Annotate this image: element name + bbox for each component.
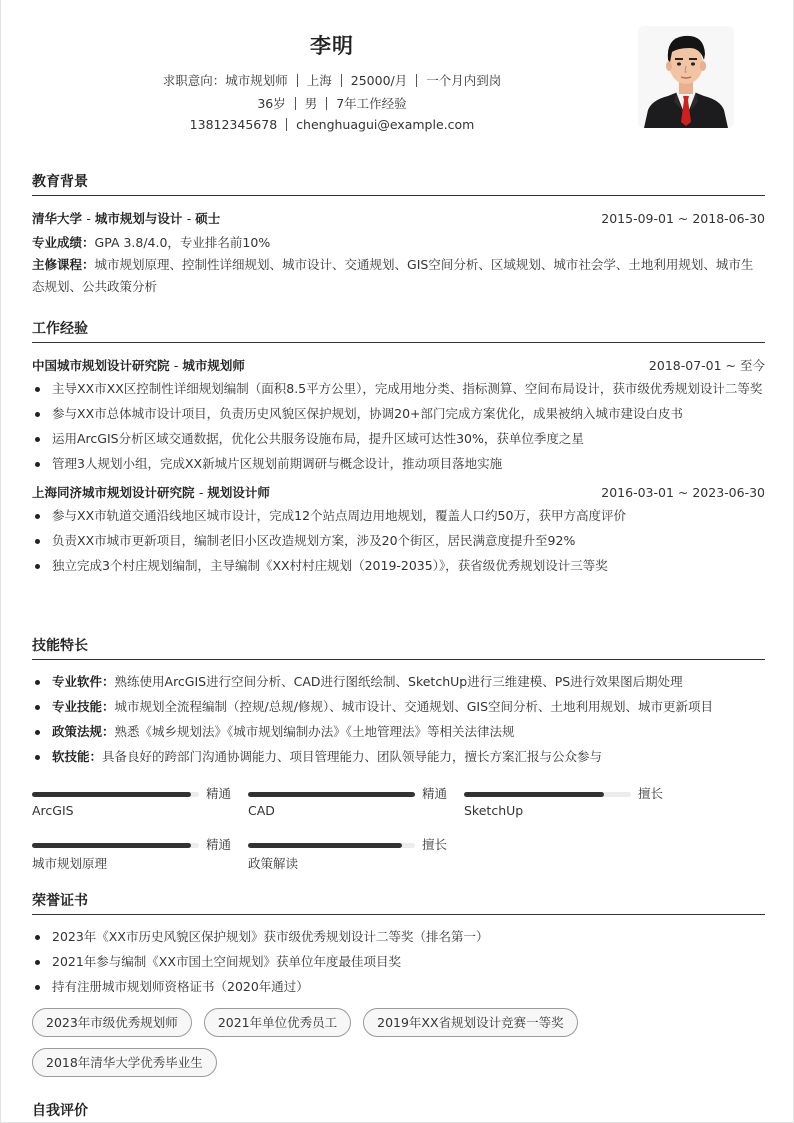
experience-years: 7年工作经验 xyxy=(336,94,406,112)
degree: 硕士 xyxy=(195,211,220,226)
skill-name: SketchUp xyxy=(464,803,523,818)
honor-tag: 2018年清华大学优秀毕业生 xyxy=(32,1048,217,1077)
skill-bar-planning-principles: 精通 城市规划原理 xyxy=(32,837,232,881)
company-name: 中国城市规划设计研究院 xyxy=(32,358,170,373)
section-title-self-eval: 自我评价 xyxy=(32,1101,765,1123)
job-title: 中国城市规划设计研究院 - 城市规划师 xyxy=(32,356,245,374)
phone: 13812345678 xyxy=(190,117,277,132)
section-title-honors: 荣誉证书 xyxy=(32,891,765,915)
grades-value: GPA 3.8/4.0，专业排名前10% xyxy=(95,235,271,250)
job-header: 上海同济城市规划设计研究院 - 规划设计师 2016-03-01 ~ 2023-… xyxy=(32,482,765,502)
company-name: 上海同济城市规划设计研究院 xyxy=(32,485,195,500)
skill-fill xyxy=(32,792,191,797)
email: chenghuagui@example.com xyxy=(296,117,474,132)
avatar xyxy=(638,26,734,128)
list-item: 负责XX市城市更新项目，编制老旧小区改造规划方案，涉及20个街区，居民满意度提升… xyxy=(32,530,765,552)
personal-info-line: 36岁 男 7年工作经验 xyxy=(1,94,663,112)
separator: - xyxy=(86,211,94,226)
skill-text: 具备良好的跨部门沟通协调能力、项目管理能力、团队领导能力，擅长方案汇报与公众参与 xyxy=(102,749,602,764)
resume-header: 李明 求职意向：城市规划师 上海 25000/月 一个月内到岗 36岁 男 7年… xyxy=(1,0,794,150)
job-bullets: 参与XX市轨道交通沿线地区城市设计，完成12个站点周边用地规划，覆盖人口约50万… xyxy=(32,505,765,577)
skill-level: 擅长 xyxy=(638,784,663,802)
list-item: 主导XX市XX区控制性详细规划编制（面积8.5平方公里），完成用地分类、指标测算… xyxy=(32,378,765,400)
divider xyxy=(297,74,298,87)
separator: - xyxy=(187,211,195,226)
list-item: 2023年《XX市历史风貌区保护规划》获市级优秀规划设计二等奖（排名第一） xyxy=(32,926,765,948)
list-item: 政策法规：熟悉《城乡规划法》《城市规划编制办法》《土地管理法》等相关法律法规 xyxy=(32,721,765,743)
job-bullets: 主导XX市XX区控制性详细规划编制（面积8.5平方公里），完成用地分类、指标测算… xyxy=(32,378,765,475)
skill-bar-arcgis: 精通 ArcGIS xyxy=(32,786,232,830)
salary: 25000/月 xyxy=(351,71,407,89)
skills-section: 技能特长 专业软件：熟练使用ArcGIS进行空间分析、CAD进行图纸绘制、Ske… xyxy=(32,636,765,771)
skill-track xyxy=(248,792,415,797)
skill-label: 专业软件： xyxy=(52,674,115,689)
role-name: 城市规划师 xyxy=(182,358,245,373)
job-title: 上海同济城市规划设计研究院 - 规划设计师 xyxy=(32,483,270,501)
work-section: 工作经验 中国城市规划设计研究院 - 城市规划师 2018-07-01 ~ 至今… xyxy=(32,319,765,580)
job-header: 中国城市规划设计研究院 - 城市规划师 2018-07-01 ~ 至今 xyxy=(32,355,765,375)
education-courses: 主修课程：城市规划原理、控制性详细规划、城市设计、交通规划、GIS空间分析、区域… xyxy=(32,254,765,298)
divider xyxy=(295,97,296,110)
list-item: 专业软件：熟练使用ArcGIS进行空间分析、CAD进行图纸绘制、SketchUp… xyxy=(32,671,765,693)
availability: 一个月内到岗 xyxy=(426,71,501,89)
resume-page: 李明 求职意向：城市规划师 上海 25000/月 一个月内到岗 36岁 男 7年… xyxy=(0,0,794,1123)
section-title-skills: 技能特长 xyxy=(32,636,765,660)
skill-track xyxy=(32,792,199,797)
skill-label: 软技能： xyxy=(52,749,102,764)
job-date: 2016-03-01 ~ 2023-06-30 xyxy=(601,485,765,500)
skill-label: 专业技能： xyxy=(52,699,115,714)
skill-name: 政策解读 xyxy=(248,854,298,872)
honors-bullets: 2023年《XX市历史风貌区保护规划》获市级优秀规划设计二等奖（排名第一） 20… xyxy=(32,926,765,998)
skill-fill xyxy=(248,843,402,848)
list-item: 参与XX市总体城市设计项目，负责历史风貌区保护规划，协调20+部门完成方案优化，… xyxy=(32,403,765,425)
skill-fill xyxy=(32,843,191,848)
list-item: 管理3人规划小组，完成XX新城片区规划前期调研与概念设计，推动项目落地实施 xyxy=(32,453,765,475)
section-title-work: 工作经验 xyxy=(32,319,765,343)
skill-name: 城市规划原理 xyxy=(32,854,107,872)
honor-tags: 2023年市级优秀规划师 2021年单位优秀员工 2019年XX省规划设计竞赛一… xyxy=(32,1008,765,1077)
skill-text: 城市规划全流程编制（控规/总规/修规）、城市设计、交通规划、GIS空间分析、土地… xyxy=(115,699,713,714)
honor-tag: 2019年XX省规划设计竞赛一等奖 xyxy=(363,1008,577,1037)
skill-level: 精通 xyxy=(206,784,231,802)
skill-level: 精通 xyxy=(422,784,447,802)
list-item: 参与XX市轨道交通沿线地区城市设计，完成12个站点周边用地规划，覆盖人口约50万… xyxy=(32,505,765,527)
list-item: 软技能：具备良好的跨部门沟通协调能力、项目管理能力、团队领导能力，擅长方案汇报与… xyxy=(32,746,765,768)
skill-name: CAD xyxy=(248,803,275,818)
skill-bar-cad: 精通 CAD xyxy=(248,786,448,830)
skill-bar-policy: 擅长 政策解读 xyxy=(248,837,448,881)
self-eval-section: 自我评价 xyxy=(32,1101,765,1123)
skill-fill xyxy=(248,792,415,797)
role-name: 规划设计师 xyxy=(207,485,270,500)
courses-label: 主修课程： xyxy=(32,257,95,272)
education-date: 2015-09-01 ~ 2018-06-30 xyxy=(601,211,765,226)
major-name: 城市规划与设计 xyxy=(95,211,183,226)
education-entry-header: 清华大学 - 城市规划与设计 - 硕士 2015-09-01 ~ 2018-06… xyxy=(32,208,765,228)
school-name: 清华大学 xyxy=(32,211,82,226)
job-intent-line: 求职意向：城市规划师 上海 25000/月 一个月内到岗 xyxy=(1,71,663,89)
list-item: 2021年参与编制《XX市国土空间规划》获单位年度最佳项目奖 xyxy=(32,951,765,973)
gender: 男 xyxy=(305,94,318,112)
section-title-education: 教育背景 xyxy=(32,172,765,196)
skill-track xyxy=(32,843,199,848)
honor-tag: 2023年市级优秀规划师 xyxy=(32,1008,192,1037)
divider xyxy=(341,74,342,87)
grades-label: 专业成绩： xyxy=(32,235,95,250)
job-intent: 求职意向：城市规划师 xyxy=(163,71,288,89)
list-item: 运用ArcGIS分析区域交通数据，优化公共服务设施布局，提升区域可达性30%，获… xyxy=(32,428,765,450)
skill-name: ArcGIS xyxy=(32,803,74,818)
skill-bar-sketchup: 擅长 SketchUp xyxy=(464,786,664,830)
honors-section: 荣誉证书 2023年《XX市历史风貌区保护规划》获市级优秀规划设计二等奖（排名第… xyxy=(32,891,765,1001)
job-date: 2018-07-01 ~ 至今 xyxy=(649,356,765,374)
skill-text: 熟悉《城乡规划法》《城市规划编制办法》《土地管理法》等相关法律法规 xyxy=(115,724,515,739)
skills-bullets: 专业软件：熟练使用ArcGIS进行空间分析、CAD进行图纸绘制、SketchUp… xyxy=(32,671,765,768)
honor-tag: 2021年单位优秀员工 xyxy=(204,1008,351,1037)
divider xyxy=(326,97,327,110)
contact-line: 13812345678 chenghuagui@example.com xyxy=(1,117,663,132)
divider xyxy=(416,74,417,87)
skill-label: 政策法规： xyxy=(52,724,115,739)
skill-track xyxy=(464,792,631,797)
list-item: 专业技能：城市规划全流程编制（控规/总规/修规）、城市设计、交通规划、GIS空间… xyxy=(32,696,765,718)
skill-text: 熟练使用ArcGIS进行空间分析、CAD进行图纸绘制、SketchUp进行三维建… xyxy=(115,674,683,689)
education-section: 教育背景 清华大学 - 城市规划与设计 - 硕士 2015-09-01 ~ 20… xyxy=(32,172,765,298)
city: 上海 xyxy=(307,71,332,89)
skill-level: 擅长 xyxy=(422,835,447,853)
skill-level: 精通 xyxy=(206,835,231,853)
education-grades: 专业成绩：GPA 3.8/4.0，专业排名前10% xyxy=(32,232,765,254)
candidate-name: 李明 xyxy=(1,30,663,60)
divider xyxy=(286,118,287,131)
skill-track xyxy=(248,843,415,848)
list-item: 独立完成3个村庄规划编制，主导编制《XX村村庄规划（2019-2035）》，获省… xyxy=(32,555,765,577)
avatar-portrait-icon xyxy=(638,26,734,128)
courses-value: 城市规划原理、控制性详细规划、城市设计、交通规划、GIS空间分析、区域规划、城市… xyxy=(32,257,753,294)
age: 36岁 xyxy=(257,94,285,112)
list-item: 持有注册城市规划师资格证书（2020年通过） xyxy=(32,976,765,998)
education-title: 清华大学 - 城市规划与设计 - 硕士 xyxy=(32,209,220,227)
skill-fill xyxy=(464,792,604,797)
